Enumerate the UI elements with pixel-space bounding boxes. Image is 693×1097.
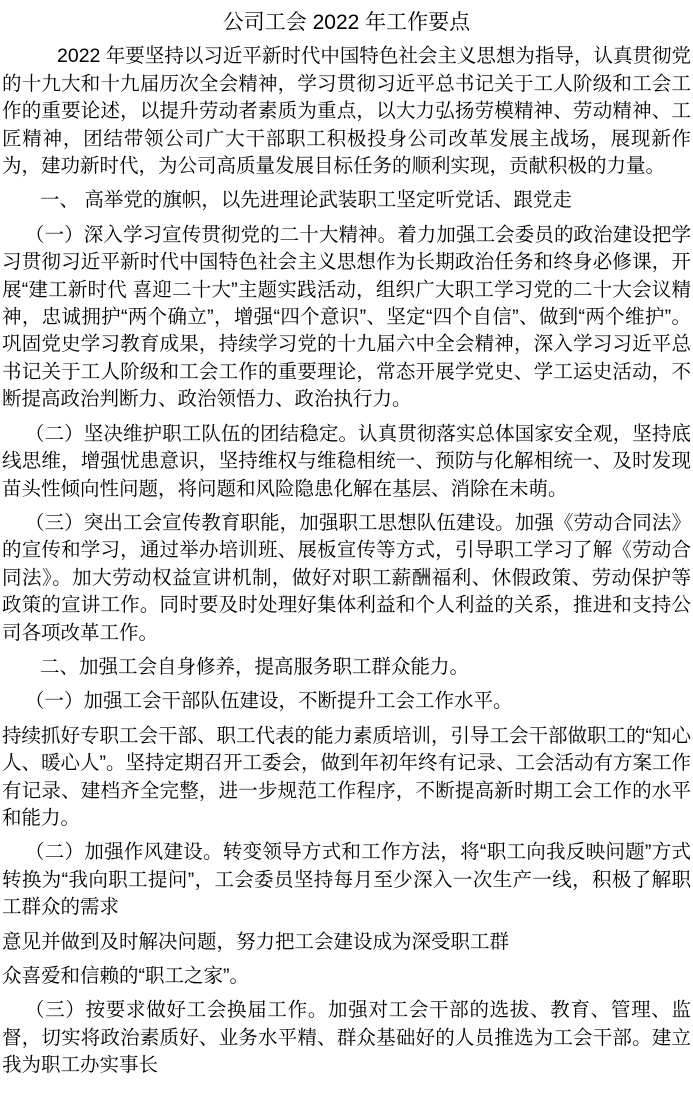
paragraph-2-1-continued: 持续抓好专职工会干部、职工代表的能力素质培训，引导工会干部做职工的“知心人、暖心…: [2, 723, 691, 833]
document-title: 公司工会 2022 年工作要点: [2, 9, 691, 36]
paragraph-1-3: （三）突出工会宣传教育职能，加强职工思想队伍建设。加强《劳动合同法》的宣传和学习…: [2, 510, 691, 647]
document-body: 公司工会 2022 年工作要点 2022 年要坚持以习近平新时代中国特色社会主义…: [0, 0, 693, 1080]
paragraph-2-2: （二）加强作风建设。转变领导方式和工作方法，将“职工向我反映问题”方式转换为“我…: [2, 839, 691, 921]
document-page: { "page": { "background": "#ffffff", "te…: [0, 0, 693, 1097]
paragraph-1-2: （二）坚决维护职工队伍的团结稳定。认真贯彻落实总体国家安全观，坚持底线思维，增强…: [2, 421, 691, 503]
paragraph-2-1: （一）加强工会干部队伍建设，不断提升工会工作水平。: [2, 688, 691, 715]
paragraph-2-2-continued: 意见并做到及时解决问题，努力把工会建设成为深受职工群: [2, 929, 691, 956]
paragraph-1-1: （一）深入学习宣传贯彻党的二十大精神。着力加强工会委员的政治建设把学习贯彻习近平…: [2, 222, 691, 414]
paragraph-intro: 2022 年要坚持以习近平新时代中国特色社会主义思想为指导，认真贯彻党的十九大和…: [2, 43, 691, 180]
paragraph-2-2-end: 众喜爱和信赖的“职工之家”。: [2, 963, 691, 990]
section-heading-2: 二、加强工会自身修养，提高服务职工群众能力。: [2, 654, 691, 681]
section-heading-1: 一、 高举党的旗帜，以先进理论武装职工坚定听党话、跟党走: [2, 187, 691, 214]
paragraph-2-3: （三）按要求做好工会换届工作。加强对工会干部的选拔、教育、管理、监督，切实将政治…: [2, 997, 691, 1079]
